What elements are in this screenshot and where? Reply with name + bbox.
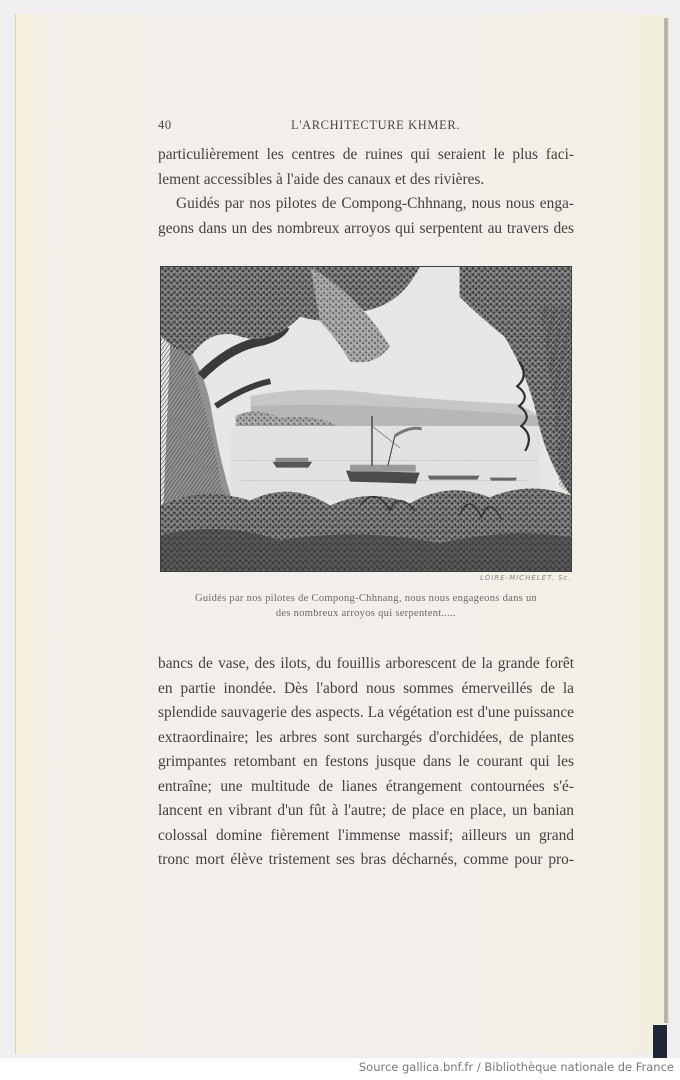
running-title: L'ARCHITECTURE KHMER.: [158, 118, 573, 133]
illustration-caption: Guidés par nos pilotes de Compong-Chhnan…: [160, 591, 572, 621]
source-attribution: Source gallica.bnf.fr / Bibliothèque nat…: [359, 1060, 674, 1074]
caption-line: des nombreux arroyos qui serpentent.....: [160, 606, 572, 621]
caption-line: Guidés par nos pilotes de Compong-Chhnan…: [160, 591, 572, 606]
text-line: lancent en vibrant d'un fût à l'autre; d…: [158, 799, 574, 824]
text-line: geons dans un des nombreux arroyos qui s…: [158, 217, 574, 242]
text-line: extraordinaire; les arbres sont surcharg…: [158, 726, 574, 751]
text-line: colossal domine fièrement l'immense mass…: [158, 824, 574, 849]
page-edge-shadow: [653, 1025, 667, 1058]
text-line: particulièrement les centres de ruines q…: [158, 143, 574, 168]
text-line: Guidés par nos pilotes de Compong-Chhnan…: [158, 192, 574, 217]
engraver-signature: LOIRE-MICHELET. Sc.: [480, 574, 572, 582]
text-line: splendide sauvagerie des aspects. La vég…: [158, 701, 574, 726]
text-line: bancs de vase, des ilots, du fouillis ar…: [158, 652, 574, 677]
text-line: lement accessibles à l'aide des canaux e…: [158, 168, 574, 193]
page-edge: [664, 18, 669, 1023]
body-text-top: particulièrement les centres de ruines q…: [158, 143, 574, 241]
engraving-illustration: [160, 266, 572, 572]
text-line: entraîne; une multitude de lianes étrang…: [158, 775, 574, 800]
body-text-bottom: bancs de vase, des ilots, du fouillis ar…: [158, 652, 574, 873]
text-line: tronc mort élève tristement ses bras déc…: [158, 848, 574, 873]
text-line: en partie inondée. Dès l'abord nous somm…: [158, 677, 574, 702]
running-head: 40 L'ARCHITECTURE KHMER.: [158, 118, 573, 136]
river-scene-image: [161, 267, 571, 571]
text-line: grimpantes retombant en festons jusque d…: [158, 750, 574, 775]
